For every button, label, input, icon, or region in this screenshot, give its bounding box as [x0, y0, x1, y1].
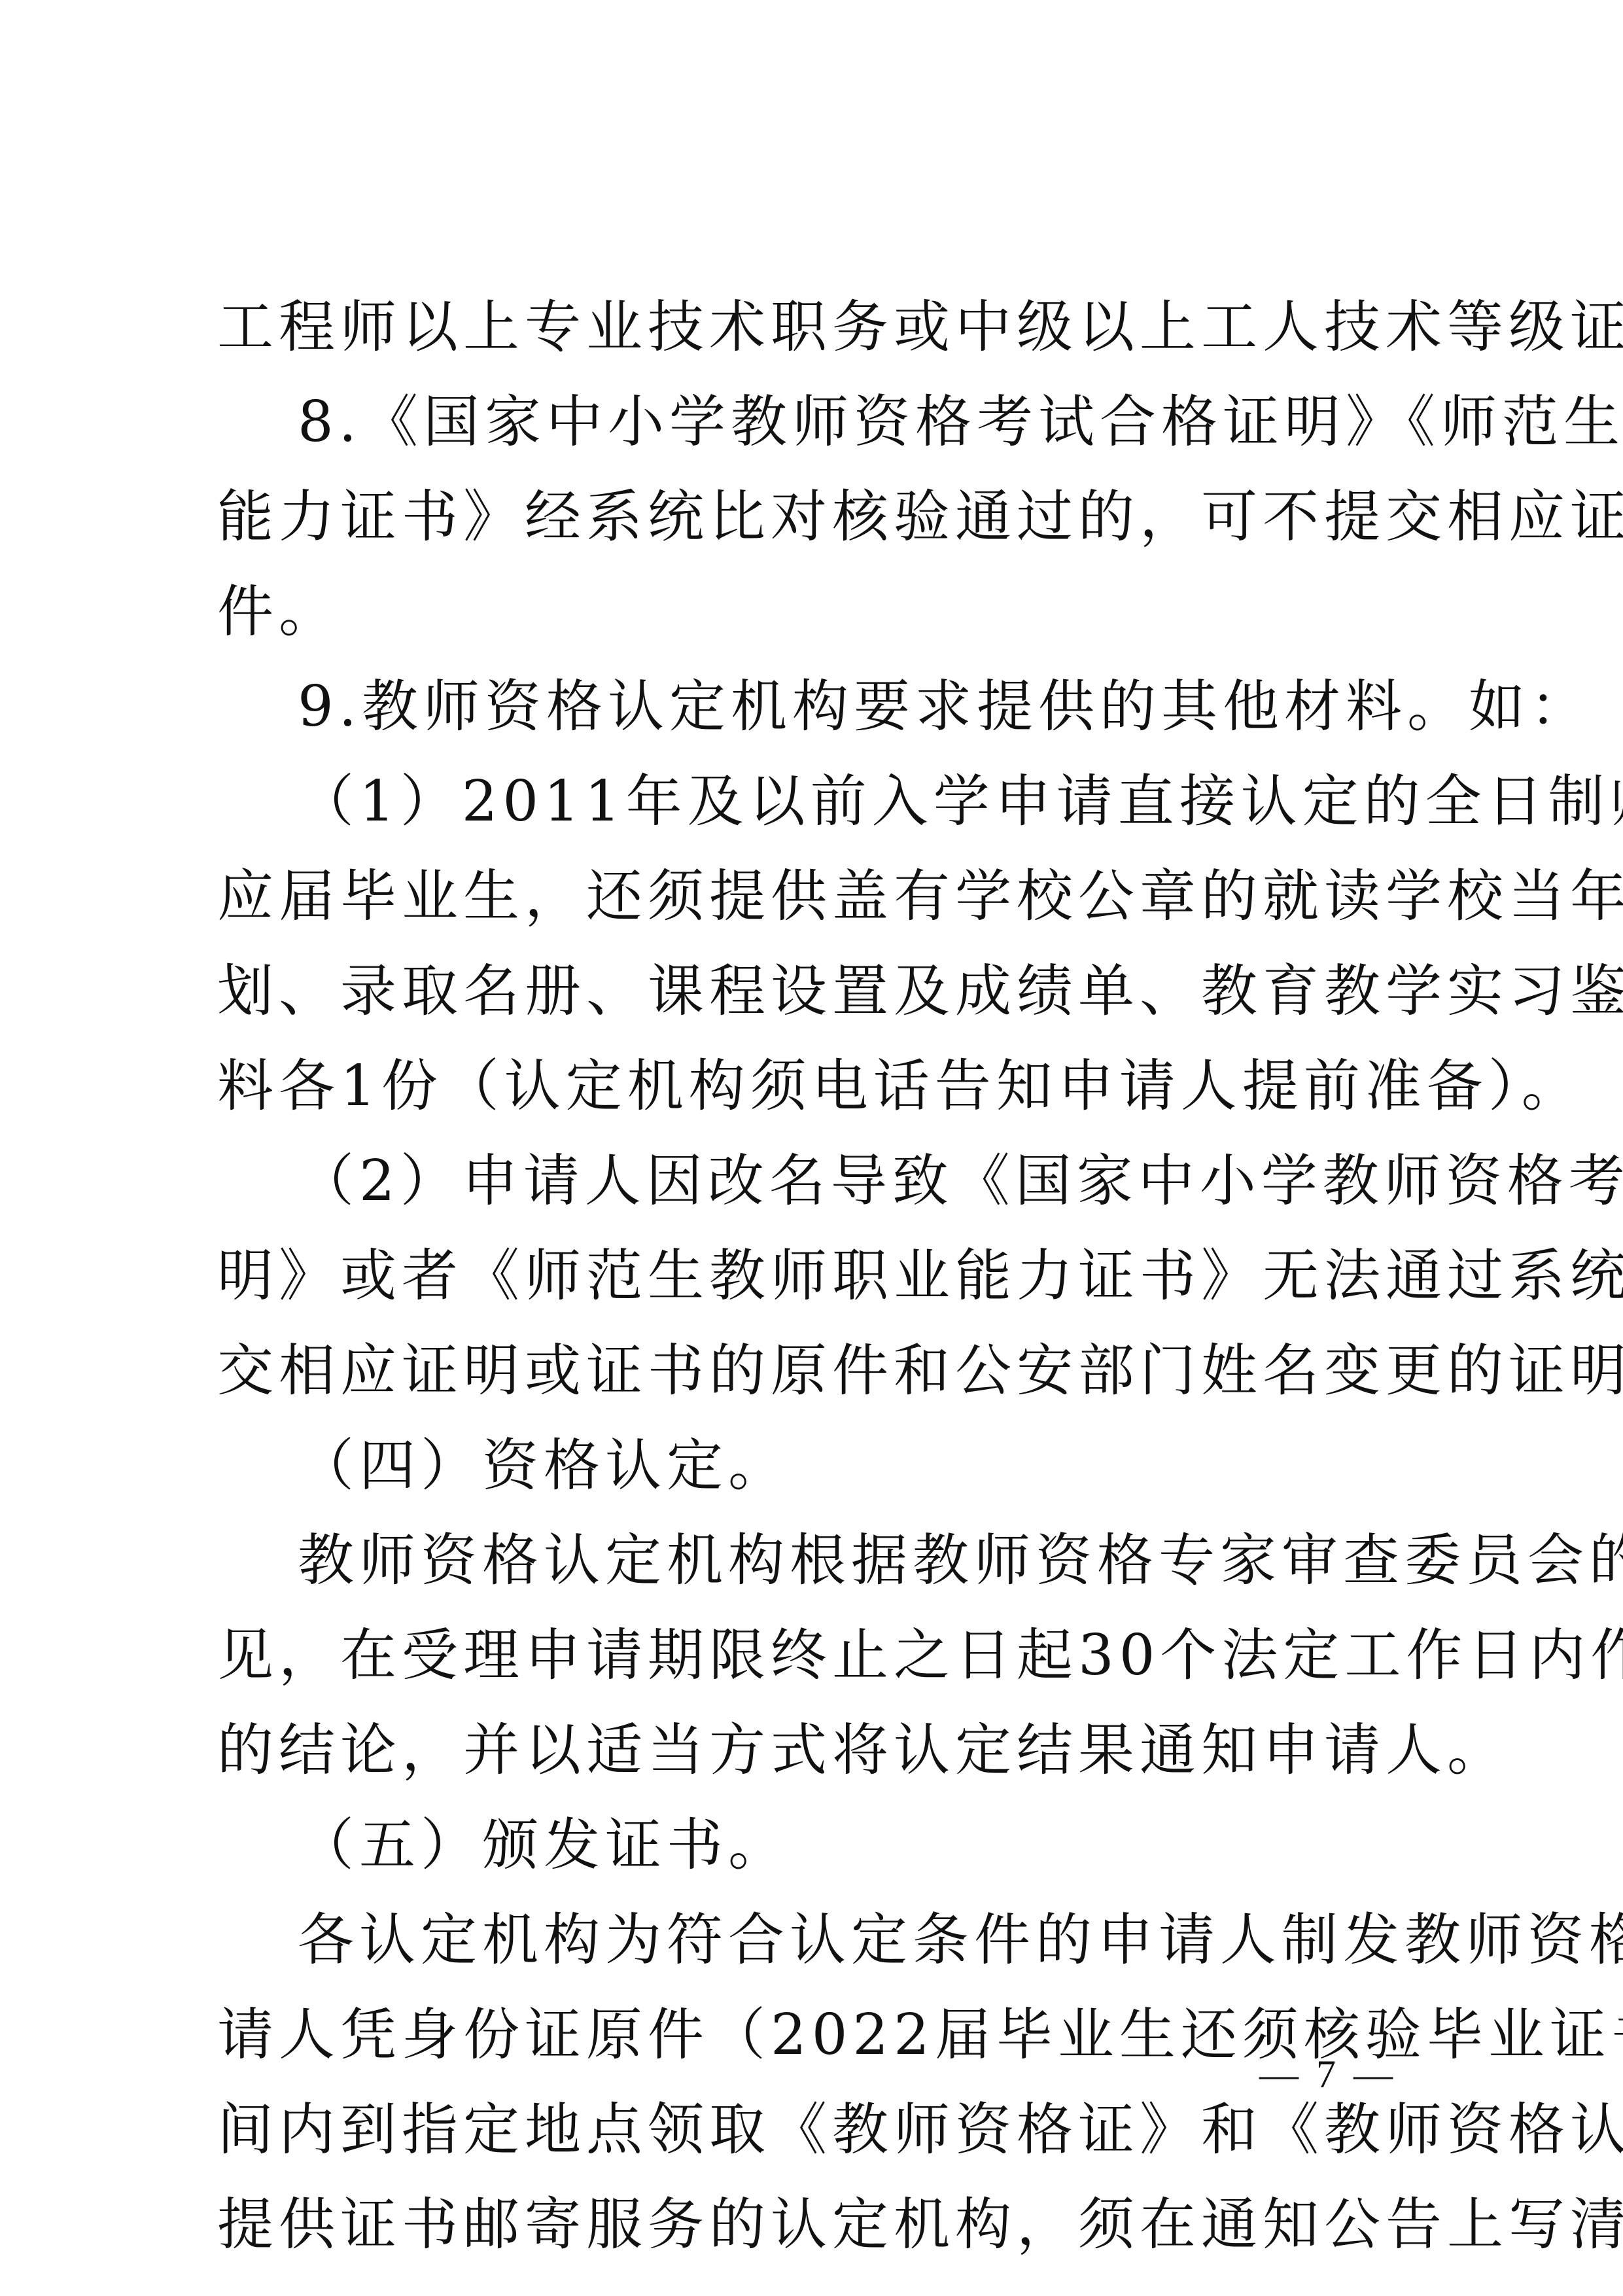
text-line: 工程师以上专业技术职务或中级以上工人技术等级证书原件。: [217, 294, 1414, 360]
text-line: 明》或者《师范生教师职业能力证书》无法通过系统验证，要提: [217, 1243, 1414, 1309]
text-line: 应届毕业生，还须提供盖有学校公章的就读学校当年的招生计: [217, 864, 1414, 929]
text-line: 件。: [217, 579, 1414, 645]
text-line: 的结论，并以适当方式将认定结果通知申请人。: [217, 1718, 1414, 1783]
text-line: 划、录取名册、课程设置及成绩单、教育教学实习鉴定等证明材: [217, 959, 1414, 1024]
text-line: 能力证书》经系统比对核验通过的，可不提交相应证明或证书原: [217, 484, 1414, 550]
document-page: 工程师以上专业技术职务或中级以上工人技术等级证书原件。 8.《国家中小学教师资格…: [0, 0, 1623, 2296]
sub-item-1: （1）2011年及以前入学申请直接认定的全日制师范类专业: [298, 769, 1495, 834]
text-line: 料各1份（认定机构须电话告知申请人提前准备）。: [217, 1053, 1414, 1119]
text-line: 提供证书邮寄服务的认定机构，须在通知公告上写清楚邮寄注意: [217, 2192, 1414, 2257]
item-8-heading: 8.《国家中小学教师资格考试合格证明》《师范生教师职业: [298, 389, 1414, 455]
section-heading-5: （五）颁发证书。: [298, 1812, 1495, 1878]
text-line: 见，在受理申请期限终止之日起30个法定工作日内作出资格认定: [217, 1623, 1414, 1688]
sub-item-2: （2）申请人因改名导致《国家中小学教师资格考试合格证: [298, 1148, 1495, 1214]
text-line: 教师资格认定机构根据教师资格专家审查委员会的审查意: [298, 1528, 1414, 1593]
page-number: — 7 —: [1259, 2051, 1397, 2097]
text-line: 请人凭身份证原件（2022届毕业生还须核验毕业证书）在规定时: [217, 2002, 1414, 2068]
text-line: 间内到指定地点领取《教师资格证》和《教师资格认定申请表》。: [217, 2097, 1414, 2163]
text-line: 各认定机构为符合认定条件的申请人制发教师资格证书。申: [298, 1907, 1414, 1973]
item-9-heading: 9.教师资格认定机构要求提供的其他材料。如：: [298, 674, 1414, 739]
section-heading-4: （四）资格认定。: [298, 1433, 1495, 1498]
text-line: 交相应证明或证书的原件和公安部门姓名变更的证明材料等。: [217, 1338, 1414, 1404]
